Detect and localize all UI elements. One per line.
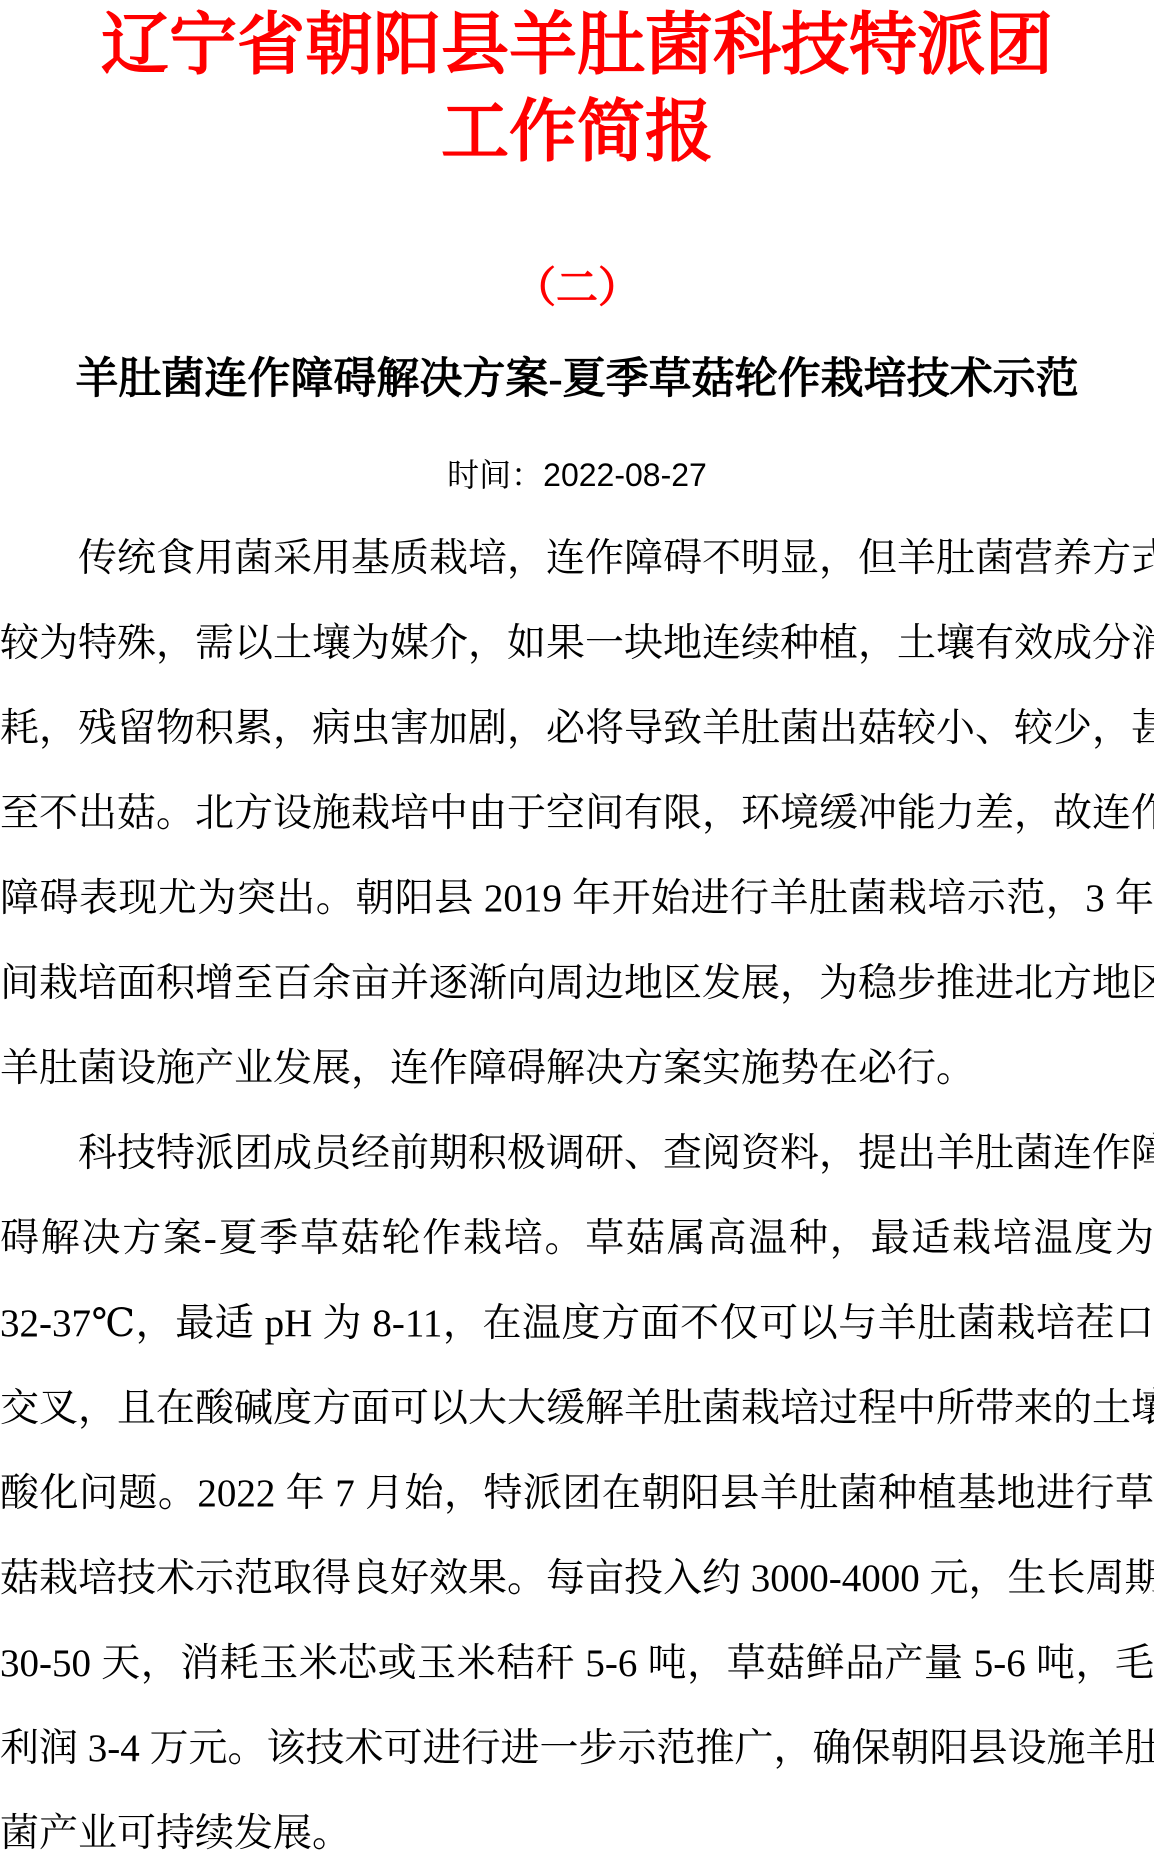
issue-number: （二） [0, 265, 1154, 313]
body-paragraph-2: 科技特派团成员经前期积极调研、查阅资料，提出羊肚菌连作障碍解决方案-夏季草菇轮作… [0, 1111, 1154, 1876]
bulletin-masthead-line1: 辽宁省朝阳县羊肚菌科技特派团 [0, 2, 1154, 89]
text-line: 科技特派团成员经前期积极调研、查阅资料，提出羊肚菌连作障 [0, 1111, 1154, 1196]
bulletin-masthead-line2: 工作简报 [0, 89, 1154, 176]
text-line: 传统食用菌采用基质栽培，连作障碍不明显，但羊肚菌营养方式 [0, 516, 1154, 601]
text-line: 菇栽培技术示范取得良好效果。每亩投入约 3000-4000 元，生长周期 [0, 1536, 1154, 1621]
bulletin-masthead: 辽宁省朝阳县羊肚菌科技特派团 工作简报 [0, 0, 1154, 176]
text-line: 较为特殊，需以土壤为媒介，如果一块地连续种植，土壤有效成分消 [0, 601, 1154, 686]
body-paragraph-1: 传统食用菌采用基质栽培，连作障碍不明显，但羊肚菌营养方式较为特殊，需以土壤为媒介… [0, 516, 1154, 1111]
bulletin-document: 辽宁省朝阳县羊肚菌科技特派团 工作简报 （二） 羊肚菌连作障碍解决方案-夏季草菇… [0, 0, 1154, 1876]
text-line: 羊肚菌设施产业发展，连作障碍解决方案实施势在必行。 [0, 1026, 1154, 1111]
text-line: 酸化问题。2022 年 7 月始，特派团在朝阳县羊肚菌种植基地进行草 [0, 1451, 1154, 1536]
date-label: 时间： [447, 457, 543, 493]
date-line: 时间：2022-08-27 [0, 458, 1154, 492]
article-heading: 羊肚菌连作障碍解决方案-夏季草菇轮作栽培技术示范 [0, 355, 1154, 405]
text-line: 耗，残留物积累，病虫害加剧，必将导致羊肚菌出菇较小、较少，甚 [0, 686, 1154, 771]
text-line: 交叉，且在酸碱度方面可以大大缓解羊肚菌栽培过程中所带来的土壤 [0, 1366, 1154, 1451]
text-line: 障碍表现尤为突出。朝阳县 2019 年开始进行羊肚菌栽培示范，3 年 [0, 856, 1154, 941]
text-line: 碍解决方案-夏季草菇轮作栽培。草菇属高温种，最适栽培温度为 [0, 1196, 1154, 1281]
text-line: 间栽培面积增至百余亩并逐渐向周边地区发展，为稳步推进北方地区 [0, 941, 1154, 1026]
text-line: 菌产业可持续发展。 [0, 1791, 1154, 1876]
text-line: 至不出菇。北方设施栽培中由于空间有限，环境缓冲能力差，故连作 [0, 771, 1154, 856]
date-value: 2022-08-27 [543, 457, 707, 493]
text-line: 30-50 天，消耗玉米芯或玉米秸秆 5-6 吨，草菇鲜品产量 5-6 吨，毛 [0, 1621, 1154, 1706]
text-line: 利润 3-4 万元。该技术可进行进一步示范推广，确保朝阳县设施羊肚 [0, 1706, 1154, 1791]
article-body: 传统食用菌采用基质栽培，连作障碍不明显，但羊肚菌营养方式较为特殊，需以土壤为媒介… [0, 516, 1154, 1876]
text-line: 32-37℃，最适 pH 为 8-11，在温度方面不仅可以与羊肚菌栽培茬口 [0, 1281, 1154, 1366]
